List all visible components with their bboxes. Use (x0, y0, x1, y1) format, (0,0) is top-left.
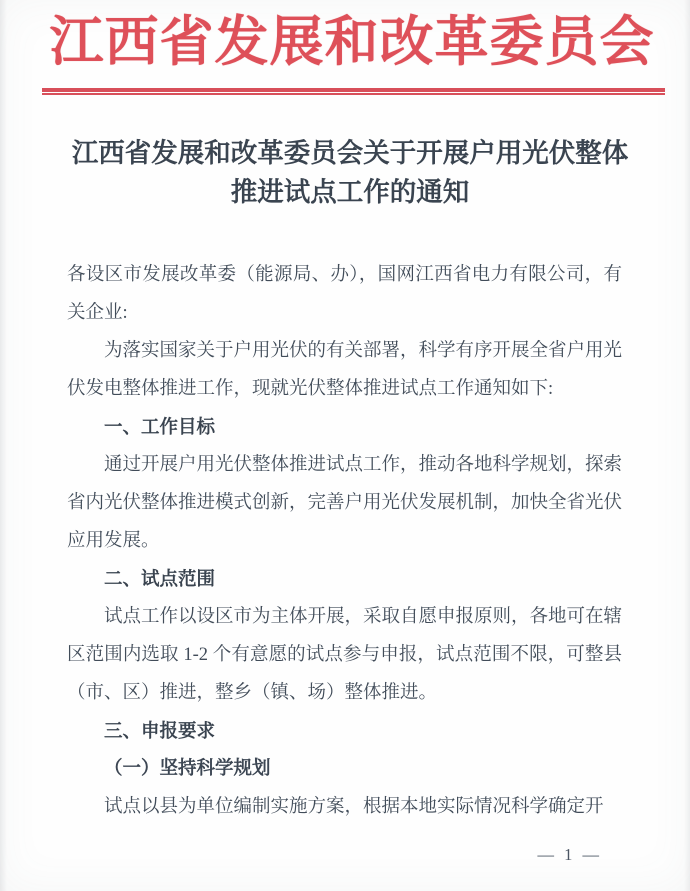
document-title-line-2: 推进试点工作的通知 (10, 173, 690, 212)
section-3-heading: 三、申报要求 (67, 712, 622, 750)
addressee-paragraph: 各设区市发展改革委（能源局、办），国网江西省电力有限公司，有关企业: (67, 256, 622, 332)
section-3-paragraph: 试点以县为单位编制实施方案，根据本地实际情况科学确定开 (67, 788, 622, 826)
section-1-heading: 一、工作目标 (67, 408, 622, 446)
document-body: 各设区市发展改革委（能源局、办），国网江西省电力有限公司，有关企业: 为落实国家… (67, 256, 622, 826)
page-number: — 1 — (538, 843, 603, 867)
section-2-paragraph: 试点工作以设区市为主体开展，采取自愿申报原则，各地可在辖区范围内选取 1-2 个… (67, 598, 622, 712)
document-title-line-1: 江西省发展和改革委员会关于开展户用光伏整体 (10, 134, 690, 173)
section-2-heading: 二、试点范围 (67, 560, 622, 598)
intro-paragraph: 为落实国家关于户用光伏的有关部署，科学有序开展全省户用光伏发电整体推进工作，现就… (67, 332, 622, 408)
document-page: 江西省发展和改革委员会 江西省发展和改革委员会关于开展户用光伏整体 推进试点工作… (0, 0, 690, 891)
section-1-paragraph: 通过开展户用光伏整体推进试点工作，推动各地科学规划，探索省内光伏整体推进模式创新… (67, 446, 622, 560)
letterhead-divider-rule (42, 88, 665, 95)
document-title: 江西省发展和改革委员会关于开展户用光伏整体 推进试点工作的通知 (0, 134, 690, 212)
letterhead-org-name: 江西省发展和改革委员会 (0, 6, 690, 78)
section-3-subheading: （一）坚持科学规划 (67, 750, 622, 788)
